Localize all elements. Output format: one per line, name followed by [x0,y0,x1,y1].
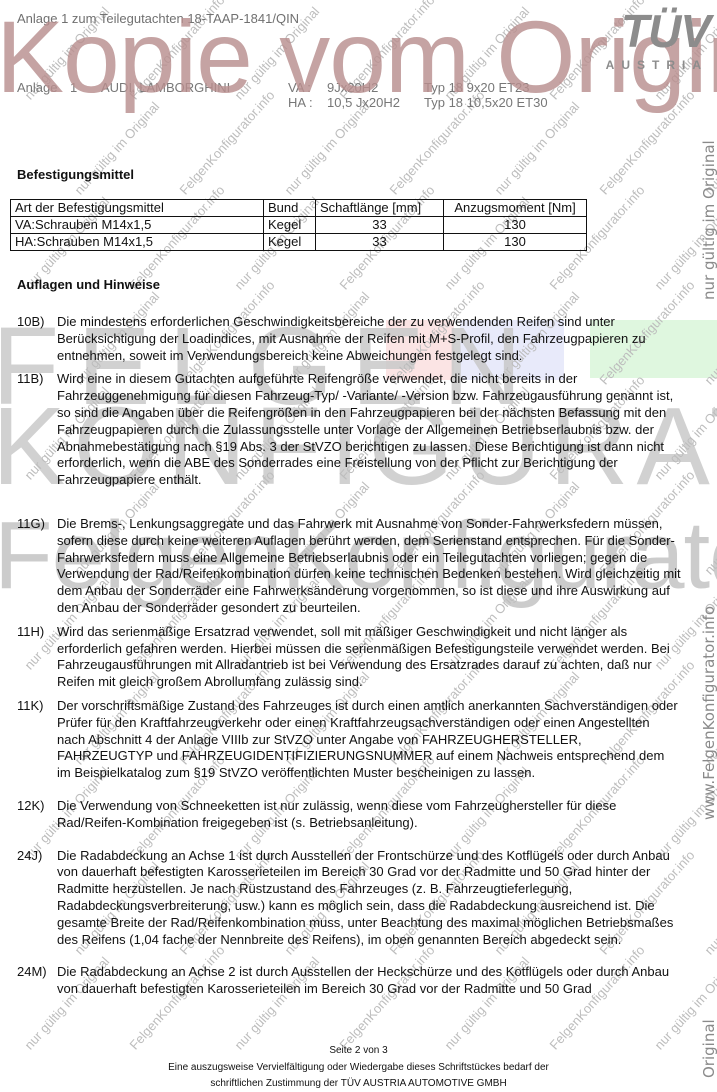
note-id: 11K) [17,698,57,782]
table-cell: Kegel [264,234,316,251]
fasteners-title: Befestigungsmittel [17,167,134,182]
note-11b: 11B) Wird eine in diesem Gutachten aufge… [17,371,697,489]
axle-front-type: Typ 18 9x20 ET23 [424,80,530,95]
anlage-number: 1 [70,80,77,95]
note-24j: 24J) Die Radabdeckung an Achse 1 ist dur… [17,848,697,949]
note-text: Die Radabdeckung an Achse 1 ist durch Au… [57,848,697,949]
note-text: Die Brems-, Lenkungsaggregate und das Fa… [57,516,697,617]
note-11g: 11G) Die Brems-, Lenkungsaggregate und d… [17,516,697,617]
table-cell: HA:Schrauben M14x1,5 [11,234,264,251]
table-cell: VA:Schrauben M14x1,5 [11,217,264,234]
axle-rear-rim: 10,5 Jx20H2 [327,95,400,110]
note-text: Die Verwendung von Schneeketten ist nur … [57,798,697,832]
column-header: Bund [264,200,316,217]
anlage-label: Anlage [17,80,57,95]
axle-front-label: VA : [288,80,311,95]
note-text: Wird eine in diesem Gutachten aufgeführt… [57,371,697,489]
note-id: 24M) [17,964,57,998]
table-row: VA:Schrauben M14x1,5 Kegel 33 130 [11,217,587,234]
table-cell: 33 [316,234,444,251]
note-10b: 10B) Die mindestens erforderlichen Gesch… [17,314,697,364]
axle-rear-label: HA : [288,95,313,110]
note-12k: 12K) Die Verwendung von Schneeketten ist… [17,798,697,832]
page-number: Seite 2 von 3 [0,1045,717,1056]
note-id: 11G) [17,516,57,617]
footer-notice-line-2: schriftlichen Zustimmung der TÜV AUSTRIA… [0,1078,717,1089]
note-text: Die mindestens erforderlichen Geschwindi… [57,314,697,364]
note-11h: 11H) Wird das serienmäßige Ersatzrad ver… [17,624,697,691]
column-header: Schaftlänge [mm] [316,200,444,217]
note-id: 11H) [17,624,57,691]
table-cell: 130 [444,234,587,251]
note-text: Der vorschriftsmäßige Zustand des Fahrze… [57,698,697,782]
table-header-row: Art der Befestigungsmittel Bund Schaftlä… [11,200,587,217]
note-id: 11B) [17,371,57,489]
table-row: HA:Schrauben M14x1,5 Kegel 33 130 [11,234,587,251]
notes-title: Auflagen und Hinweise [17,277,160,292]
note-text: Wird das serienmäßige Ersatzrad verwende… [57,624,697,691]
table-cell: 130 [444,217,587,234]
document-reference: Anlage 1 zum Teilegutachten 18-TAAP-1841… [17,11,299,26]
note-11k: 11K) Der vorschriftsmäßige Zustand des F… [17,698,697,782]
table-cell: Kegel [264,217,316,234]
column-header: Art der Befestigungsmittel [11,200,264,217]
document-page: Anlage 1 zum Teilegutachten 18-TAAP-1841… [0,0,717,1092]
axle-front-rim: 9Jx20H2 [327,80,378,95]
notes-list: 10B) Die mindestens erforderlichen Gesch… [17,314,697,998]
note-id: 12K) [17,798,57,832]
table-cell: 33 [316,217,444,234]
vehicle-make: AUDI, LAMBORGHINI [101,80,230,95]
axle-rear-type: Typ 18 10,5x20 ET30 [424,95,548,110]
note-text: Die Radabdeckung an Achse 2 ist durch Au… [57,964,697,998]
footer-notice-line-1: Eine auszugsweise Vervielfältigung oder … [0,1062,717,1073]
note-24m: 24M) Die Radabdeckung an Achse 2 ist dur… [17,964,697,998]
note-id: 24J) [17,848,57,949]
note-id: 10B) [17,314,57,364]
fasteners-table: Art der Befestigungsmittel Bund Schaftlä… [10,199,587,251]
column-header: Anzugsmoment [Nm] [444,200,587,217]
